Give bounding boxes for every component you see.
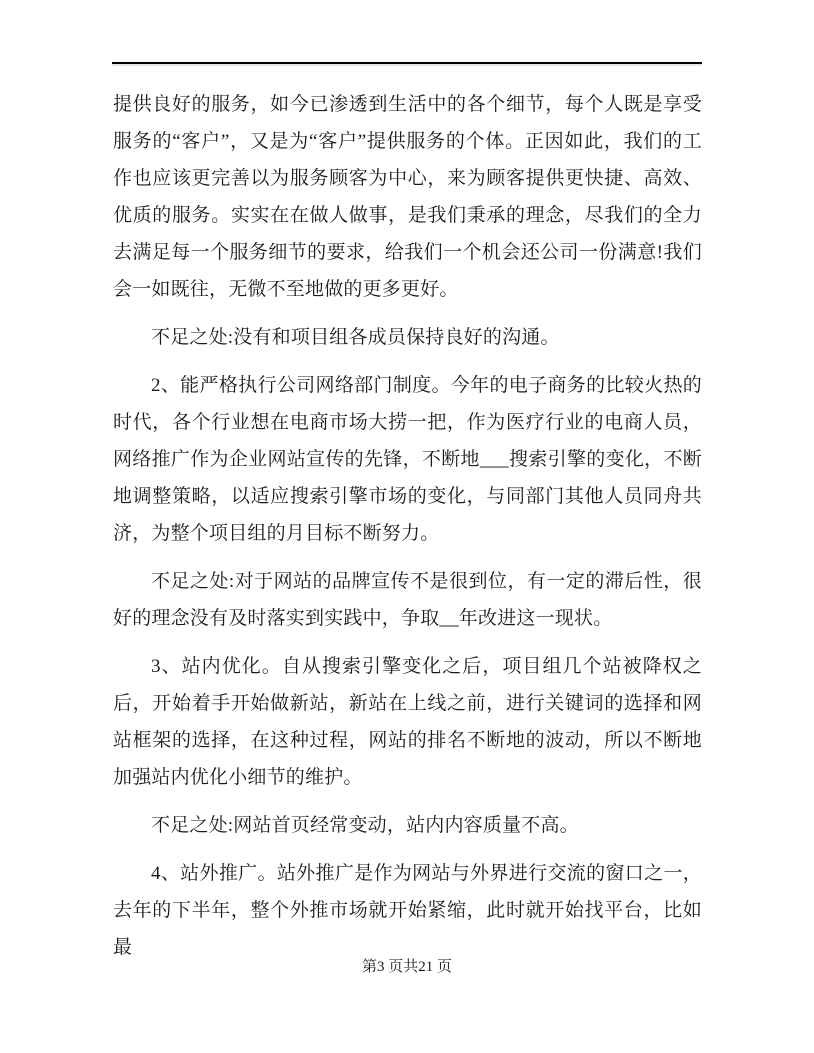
document-body: 提供良好的服务，如今已渗透到生活中的各个细节，每个人既是享受服务的“客户”，又是…: [113, 86, 702, 966]
header-rule: [112, 62, 702, 64]
paragraph-shortcoming-brand-promotion: 不足之处:对于网站的品牌宣传不是很到位，有一定的滞后性，很好的理念没有及时落实到…: [113, 563, 702, 637]
paragraph-service-quality: 提供良好的服务，如今已渗透到生活中的各个细节，每个人既是享受服务的“客户”，又是…: [113, 86, 702, 308]
paragraph-item-3-onsite-optimization: 3、站内优化。自从搜索引擎变化之后，项目组几个站被降权之后，开始着手开始做新站，…: [113, 648, 702, 796]
paragraph-item-2-network-rules: 2、能严格执行公司网络部门制度。今年的电子商务的比较火热的时代，各个行业想在电商…: [113, 367, 702, 552]
paragraph-item-4-offsite-promotion: 4、站外推广。站外推广是作为网站与外界进行交流的窗口之一，去年的下半年，整个外推…: [113, 855, 702, 966]
document-page: 提供良好的服务，如今已渗透到生活中的各个细节，每个人既是享受服务的“客户”，又是…: [0, 0, 814, 1053]
paragraph-shortcoming-homepage-changes: 不足之处:网站首页经常变动，站内内容质量不高。: [113, 807, 702, 844]
paragraph-shortcoming-communication: 不足之处:没有和项目组各成员保持良好的沟通。: [113, 319, 702, 356]
page-footer: 第3 页共21 页: [0, 957, 814, 977]
page-number-label: 第3 页共21 页: [362, 959, 452, 975]
